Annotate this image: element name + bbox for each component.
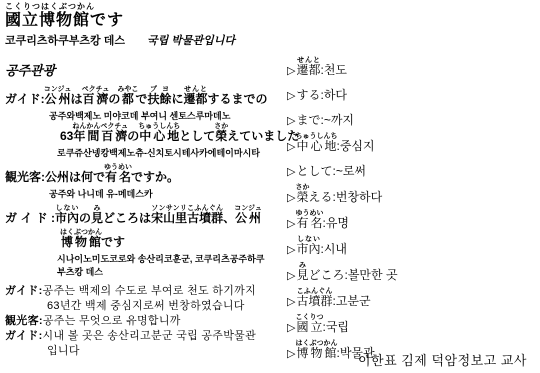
title-sub-line: 코쿠리츠하쿠부츠캉 데스국립 박물관입니다 [5, 34, 285, 48]
dialogue-block: ガ イ ド :市內しないの見みどころは宋山里ソンサンリ古墳群こふんぐん、公州コン… [5, 205, 285, 279]
furigana-ruby: 公州コンジュ [235, 211, 262, 225]
vocab-item: ▷榮さかえる:번창하다 [287, 184, 537, 210]
vocab-item: ▷として:~로써 [287, 159, 537, 184]
kr-translit-line: 로쿠쥬산넹캉백제노츄-신치토시테사카에테이마시타 [57, 147, 285, 160]
kr-dialogue-line: 입니다 [47, 344, 285, 359]
speaker-label: ガ イ ド : [5, 211, 55, 225]
title-furigana: こくりつはくぶつかん [5, 2, 285, 12]
jp-dialogue-line: ガ イ ド :市內しないの見みどころは宋山里ソンサンリ古墳群こふんぐん、公州コン… [5, 205, 285, 229]
furigana-ruby: 都みやこ [120, 92, 135, 106]
dialogue-block: ガイド:公州コンジュは百濟ペクチュの都みやこで扶餘プヨに遷都せんとするまでの공주… [5, 86, 285, 160]
dialogue-block: 観光客:公州は何で有名ゆうめいですか。공주와 나니데 유-메데스카 [5, 164, 285, 201]
furigana-ruby: 有名ゆうめい [105, 170, 131, 184]
furigana-ruby: 百濟ペクチュ [100, 129, 127, 143]
page-title: 國立博物館です [5, 12, 285, 29]
speaker-label: 観光客: [5, 315, 43, 327]
kr-dialogue: ガイド:공주는 백제의 수도로 부여로 천도 하기까지63년간 백제 중심지로써… [5, 284, 285, 359]
furigana-ruby: 中心地ちゅうしんち [296, 139, 336, 153]
speaker-label: ガイド: [5, 285, 43, 297]
furigana-ruby: 公州コンジュ [45, 92, 71, 106]
jp-dialogue-line: 観光客:公州は何で有名ゆうめいですか。 [5, 164, 285, 188]
furigana-ruby: 榮さか [296, 190, 308, 204]
furigana-ruby: 中心地ちゅうしんち [139, 129, 179, 143]
triangle-bullet-icon: ▷ [287, 296, 295, 308]
vocab-item: ▷する:하다 [287, 83, 537, 108]
furigana-ruby: 博物館はくぶつかん [296, 346, 336, 360]
jp-dialogue-line: ガイド:公州コンジュは百濟ペクチュの都みやこで扶餘プヨに遷都せんとするまでの [5, 86, 285, 110]
furigana-ruby: 見み [296, 268, 308, 282]
furigana-ruby: 見み [91, 211, 103, 225]
vocab-item: ▷まで:~까지 [287, 108, 537, 133]
right-column: ▷遷都せんと:천도▷する:하다▷まで:~까지▷中心地ちゅうしんち:중심지▷として… [287, 57, 537, 366]
furigana-ruby: 遷都せんと [183, 92, 207, 106]
jp-dialogue: ガイド:公州コンジュは百濟ペクチュの都みやこで扶餘プヨに遷都せんとするまでの공주… [5, 86, 285, 279]
vocab-item: ▷見みどころ:볼만한 곳 [287, 262, 537, 288]
furigana-ruby: 古墳群こふんぐん [187, 211, 223, 225]
triangle-bullet-icon: ▷ [287, 270, 295, 282]
furigana-ruby: 扶餘プヨ [147, 92, 171, 106]
title-translation: 국립 박물관입니다 [147, 35, 235, 47]
triangle-bullet-icon: ▷ [287, 90, 295, 102]
title-block: こくりつはくぶつかん 國立博物館です 코쿠리츠하쿠부츠캉 데스국립 박물관입니다 [5, 2, 285, 48]
speaker-label: 観光客: [5, 170, 45, 184]
kr-translit-line: 부츠캉 데스 [57, 266, 285, 279]
section-heading: 공주관광 [5, 62, 285, 79]
vocab-item: ▷有名ゆうめい:유명 [287, 210, 537, 236]
kr-dialogue-line: ガイド:공주는 백제의 수도로 부여로 천도 하기까지 [5, 284, 285, 299]
triangle-bullet-icon: ▷ [287, 166, 295, 178]
kr-translit-line: 시나이노미도코로와 송산리코훈군, 코쿠리츠공주하쿠 [57, 253, 285, 266]
furigana-ruby: 宋山里ソンサンリ [151, 211, 187, 225]
left-column: こくりつはくぶつかん 國立博物館です 코쿠리츠하쿠부츠캉 데스국립 박물관입니다… [5, 2, 285, 359]
title-transliteration: 코쿠리츠하쿠부츠캉 데스 [5, 35, 125, 47]
speaker-label: ガイド: [5, 92, 45, 106]
triangle-bullet-icon: ▷ [287, 65, 295, 77]
vocab-item: ▷中心地ちゅうしんち:중심지 [287, 133, 537, 159]
kr-dialogue-line: 観光客:공주는 무엇으로 유명합니까 [5, 314, 285, 329]
document-page: こくりつはくぶつかん 國立博物館です 코쿠리츠하쿠부츠캉 데스국립 박물관입니다… [0, 0, 540, 373]
furigana-ruby: 遷都せんと [296, 63, 320, 77]
vocab-item: ▷國立こくりつ:국립 [287, 314, 537, 340]
kr-translit-line: 공주와 나니데 유-메데스카 [49, 188, 285, 201]
furigana-ruby: 百濟ペクチュ [83, 92, 109, 106]
vocab-item: ▷遷都せんと:천도 [287, 57, 537, 83]
vocab-item: ▷市內しない:시내 [287, 236, 537, 262]
kr-dialogue-line: ガイド:시내 볼 곳은 송산리고분군 국립 공주박물관 [5, 329, 285, 344]
kr-dialogue-line: 63년간 백제 중심지로써 번창하였습니다 [47, 299, 285, 314]
furigana-ruby: 古墳群こふんぐん [296, 294, 332, 308]
triangle-bullet-icon: ▷ [287, 115, 295, 127]
furigana-ruby: 榮さか [215, 129, 227, 143]
jp-dialogue-line: 博物館はくぶつかんです [60, 229, 285, 253]
furigana-ruby: 年間ねんかん [73, 129, 100, 143]
furigana-ruby: 國立こくりつ [296, 320, 322, 334]
credit-line: 이한표 김제 덕암정보고 교사 [358, 350, 527, 369]
jp-dialogue-line: 63年間ねんかん百濟ペクチュの中心地ちゅうしんちとして榮さかえていました [60, 123, 285, 147]
vocab-list: ▷遷都せんと:천도▷する:하다▷まで:~까지▷中心地ちゅうしんち:중심지▷として… [287, 57, 537, 366]
vocab-item: ▷古墳群こふんぐん:고분군 [287, 288, 537, 314]
furigana-ruby: 市內しない [296, 242, 320, 256]
furigana-ruby: 市內しない [55, 211, 79, 225]
furigana-ruby: 博物館はくぶつかん [60, 235, 101, 249]
kr-translit-line: 공주와백제노 미야코데 부여니 센토스루마데노 [49, 110, 285, 123]
furigana-ruby: 有名ゆうめい [296, 216, 322, 230]
speaker-label: ガイド: [5, 330, 43, 342]
triangle-bullet-icon: ▷ [287, 244, 295, 256]
